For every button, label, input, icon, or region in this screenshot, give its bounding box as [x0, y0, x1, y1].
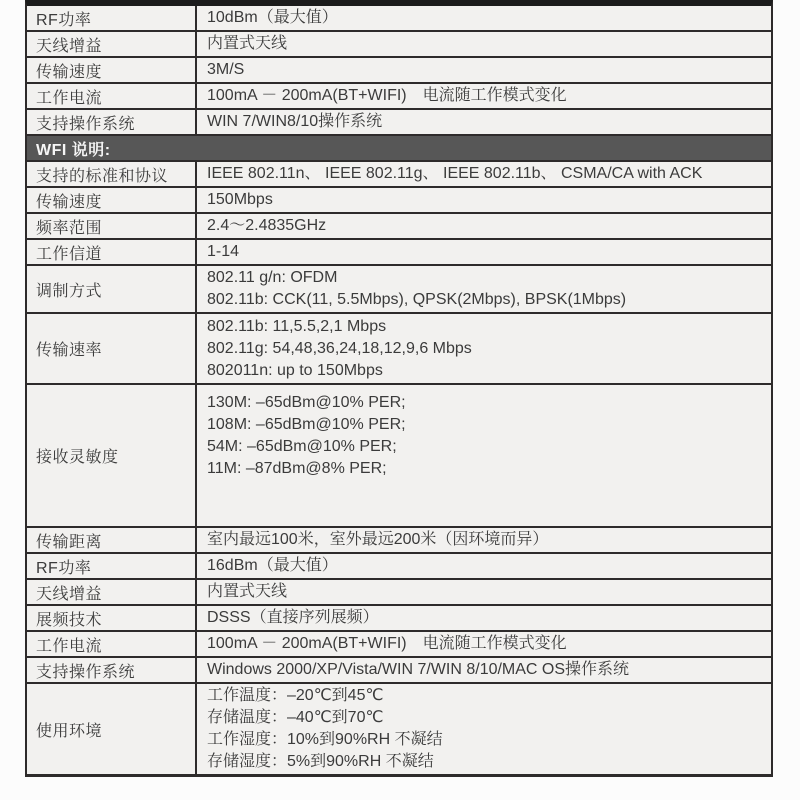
- spec-value: 内置式天线: [197, 580, 771, 604]
- spec-value-line: 内置式天线: [207, 581, 763, 603]
- spec-value-line: 802.11b: 11,5.5,2,1 Mbps: [207, 316, 763, 338]
- spec-value: 16dBm（最大值）: [197, 554, 771, 578]
- spec-value-line: 3M/S: [207, 59, 763, 81]
- spec-row-transfer-speed-wifi: 传输速度 150Mbps: [27, 188, 771, 214]
- spec-value-line: 1-14: [207, 241, 763, 263]
- spec-value-line: 802011n: up to 150Mbps: [207, 360, 763, 382]
- spec-row-antenna-gain-wifi: 天线增益 内置式天线: [27, 580, 771, 606]
- spec-label: 工作信道: [27, 240, 197, 264]
- spec-value-line: 16dBm（最大值）: [207, 555, 763, 577]
- spec-label: 频率范围: [27, 214, 197, 238]
- spec-row-rf-power-bt: RF功率 10dBm（最大值）: [27, 6, 771, 32]
- spec-label: 接收灵敏度: [27, 385, 197, 526]
- spec-row-rf-power-wifi: RF功率 16dBm（最大值）: [27, 554, 771, 580]
- spec-label: 传输距离: [27, 528, 197, 552]
- spec-row-spread-spectrum: 展频技术 DSSS（直接序列展频）: [27, 606, 771, 632]
- spec-row-standards: 支持的标准和协议 IEEE 802.11n、 IEEE 802.11g、 IEE…: [27, 162, 771, 188]
- spec-row-working-current-wifi: 工作电流 100mA － 200mA(BT+WIFI) 电流随工作模式变化: [27, 632, 771, 658]
- spec-label: 支持操作系统: [27, 658, 197, 682]
- spec-value-line: WIN 7/WIN8/10操作系统: [207, 111, 763, 133]
- spec-label: RF功率: [27, 6, 197, 30]
- spec-label: 支持操作系统: [27, 110, 197, 134]
- spec-value-line: Windows 2000/XP/Vista/WIN 7/WIN 8/10/MAC…: [207, 659, 763, 681]
- spec-value: DSSS（直接序列展频）: [197, 606, 771, 630]
- spec-value: 2.4～2.4835GHz: [197, 214, 771, 238]
- spec-value: IEEE 802.11n、 IEEE 802.11g、 IEEE 802.11b…: [197, 162, 771, 186]
- spec-value: 室内最远100米，室外最远200米（因环境而异）: [197, 528, 771, 552]
- spec-value: 3M/S: [197, 58, 771, 82]
- spec-row-data-rates: 传输速率 802.11b: 11,5.5,2,1 Mbps 802.11g: 5…: [27, 314, 771, 385]
- spec-row-working-channels: 工作信道 1-14: [27, 240, 771, 266]
- spec-value-line: 802.11 g/n: OFDM: [207, 267, 763, 289]
- spec-label: 调制方式: [27, 266, 197, 312]
- spec-label: 展频技术: [27, 606, 197, 630]
- spec-row-environment: 使用环境 工作温度：–20℃到45℃ 存储温度：–40℃到70℃ 工作湿度：10…: [27, 684, 771, 777]
- spec-value-line: 130M: –65dBm@10% PER;: [207, 392, 763, 414]
- spec-row-supported-os-wifi: 支持操作系统 Windows 2000/XP/Vista/WIN 7/WIN 8…: [27, 658, 771, 684]
- spec-value-line: 内置式天线: [207, 33, 763, 55]
- spec-value: 150Mbps: [197, 188, 771, 212]
- spec-value-line: 工作温度：–20℃到45℃: [207, 685, 763, 707]
- spec-label: 天线增益: [27, 580, 197, 604]
- spec-row-antenna-gain-bt: 天线增益 内置式天线: [27, 32, 771, 58]
- spec-value-line: IEEE 802.11n、 IEEE 802.11g、 IEEE 802.11b…: [207, 163, 763, 185]
- spec-label: 支持的标准和协议: [27, 162, 197, 186]
- spec-label: 使用环境: [27, 684, 197, 774]
- spec-value-line: 11M: –87dBm@8% PER;: [207, 458, 763, 480]
- spec-value-line: 54M: –65dBm@10% PER;: [207, 436, 763, 458]
- spec-value: 100mA － 200mA(BT+WIFI) 电流随工作模式变化: [197, 84, 771, 108]
- spec-label: RF功率: [27, 554, 197, 578]
- spec-value-line: 802.11g: 54,48,36,24,18,12,9,6 Mbps: [207, 338, 763, 360]
- spec-value-line: 802.11b: CCK(11, 5.5Mbps), QPSK(2Mbps), …: [207, 289, 763, 311]
- spec-value-line: 150Mbps: [207, 189, 763, 211]
- spec-row-transfer-distance: 传输距离 室内最远100米，室外最远200米（因环境而异）: [27, 528, 771, 554]
- spec-value-line: 存储湿度：5%到90%RH 不凝结: [207, 751, 763, 773]
- spec-label: 传输速度: [27, 58, 197, 82]
- spec-value: 130M: –65dBm@10% PER; 108M: –65dBm@10% P…: [197, 385, 771, 526]
- spec-value-line: 室内最远100米，室外最远200米（因环境而异）: [207, 529, 763, 551]
- spec-label: 天线增益: [27, 32, 197, 56]
- spec-label: 工作电流: [27, 632, 197, 656]
- spec-row-receive-sensitivity: 接收灵敏度 130M: –65dBm@10% PER; 108M: –65dBm…: [27, 385, 771, 528]
- spec-value: 内置式天线: [197, 32, 771, 56]
- spec-row-transfer-speed-bt: 传输速度 3M/S: [27, 58, 771, 84]
- spec-table: RF功率 10dBm（最大值） 天线增益 内置式天线 传输速度 3M/S 工作电…: [25, 0, 773, 777]
- spec-label: 工作电流: [27, 84, 197, 108]
- spec-value: 100mA － 200mA(BT+WIFI) 电流随工作模式变化: [197, 632, 771, 656]
- spec-value: 802.11b: 11,5.5,2,1 Mbps 802.11g: 54,48,…: [197, 314, 771, 383]
- spec-value-line: 2.4～2.4835GHz: [207, 215, 763, 237]
- spec-value: 工作温度：–20℃到45℃ 存储温度：–40℃到70℃ 工作湿度：10%到90%…: [197, 684, 771, 774]
- spec-value-line: 10dBm（最大值）: [207, 7, 763, 29]
- spec-row-supported-os-bt: 支持操作系统 WIN 7/WIN8/10操作系统: [27, 110, 771, 136]
- spec-value: 802.11 g/n: OFDM 802.11b: CCK(11, 5.5Mbp…: [197, 266, 771, 312]
- spec-value-line: 工作湿度：10%到90%RH 不凝结: [207, 729, 763, 751]
- spec-label: 传输速度: [27, 188, 197, 212]
- spec-value-line: 108M: –65dBm@10% PER;: [207, 414, 763, 436]
- spec-value-line: 100mA － 200mA(BT+WIFI) 电流随工作模式变化: [207, 85, 763, 107]
- spec-value: WIN 7/WIN8/10操作系统: [197, 110, 771, 134]
- spec-value-line: 存储温度：–40℃到70℃: [207, 707, 763, 729]
- spec-value: Windows 2000/XP/Vista/WIN 7/WIN 8/10/MAC…: [197, 658, 771, 682]
- spec-row-modulation: 调制方式 802.11 g/n: OFDM 802.11b: CCK(11, 5…: [27, 266, 771, 314]
- spec-value-line: 100mA － 200mA(BT+WIFI) 电流随工作模式变化: [207, 633, 763, 655]
- spec-value: 1-14: [197, 240, 771, 264]
- spec-row-frequency-range: 频率范围 2.4～2.4835GHz: [27, 214, 771, 240]
- wifi-section-header: WFI 说明:: [27, 136, 771, 162]
- spec-label: 传输速率: [27, 314, 197, 383]
- spec-row-working-current-bt: 工作电流 100mA － 200mA(BT+WIFI) 电流随工作模式变化: [27, 84, 771, 110]
- spec-value-line: DSSS（直接序列展频）: [207, 607, 763, 629]
- spec-value: 10dBm（最大值）: [197, 6, 771, 30]
